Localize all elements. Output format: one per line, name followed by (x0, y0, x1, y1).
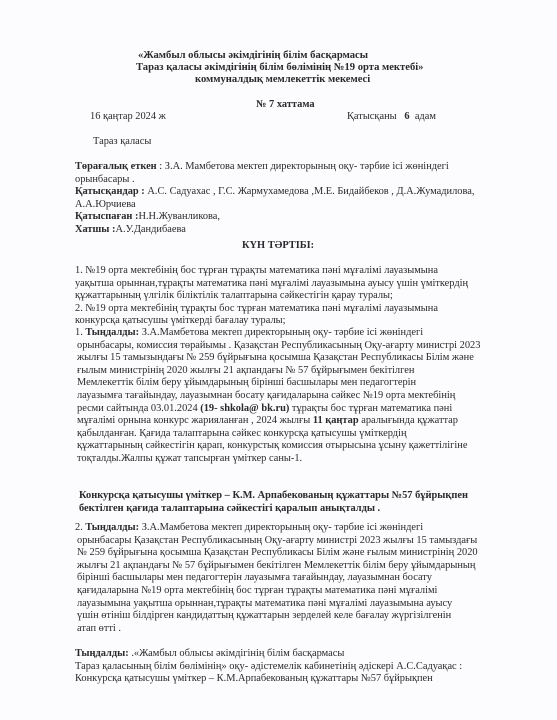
chair-line: Төрағалық еткен : З.А. Мамбетова мектеп … (75, 161, 505, 174)
section-2-text: З.А.Мамбетова мектеп директорының оқу- т… (139, 522, 423, 533)
section-2: 2. Тыңдалды: З.А.Мамбетова мектеп директ… (75, 522, 505, 635)
section-1-line: тоқталды.Жалпы құжат тапсырған үміткер с… (75, 453, 505, 466)
contest-line-text: мұғалімі орнына конкурс жарияланған , 20… (77, 415, 313, 426)
section-2-line: қағидаларына №19 орта мектебінің бос тұр… (75, 585, 505, 598)
absent-line: Қатыспаған :Н.Н.Жуванликова, (75, 211, 505, 224)
chair-text-cont: орынбасары . (75, 174, 505, 187)
agenda-list: 1. №19 орта мектебінің бос тұрған тұрақт… (75, 265, 505, 328)
attendees-text-cont: А.А.Юрчиева (75, 199, 505, 212)
agenda-item-1-line: уақытша орыннан,тұрақты математика пәні … (75, 278, 505, 291)
contest-date: 11 қаңтар (313, 415, 359, 426)
agenda-title: КҮН ТӘРТІБІ: (242, 240, 314, 253)
section-3-text: .«Жамбыл облысы әкімдігінің білім басқар… (129, 648, 345, 659)
section-1-line: жылғы 15 тамызындағы № 259 бұйрығына қос… (75, 352, 505, 365)
section-3: Тыңдалды: .«Жамбыл облысы әкімдігінің бі… (75, 648, 505, 686)
section-2-line: жылғы 21 ақпандағы № 57 бұйрығымен бекіт… (75, 560, 505, 573)
protocol-date: 16 қаңтар 2024 ж (90, 111, 166, 124)
secretary-line: Хатшы :А.У.Дандибаева (75, 224, 505, 237)
attendees-label: Қатысқандар : (75, 186, 145, 197)
section-3-line: Тараз қаласының білім бөлімінің» оқу- әд… (75, 661, 505, 674)
section-1-line: құжаттарының сәйкестігін қарап, конкурст… (75, 440, 505, 453)
header-org-line-2: Тараз қаласы әкімдігінің білім бөлімінің… (136, 62, 423, 75)
section-2-line: № 259 бұйрығына қосымша Қазақстан Респуб… (75, 547, 505, 560)
contest-line-text-post: аралығында құжаттар (359, 415, 458, 426)
section-1-text: З.А.Мамбетова мектеп директорының оқу- т… (139, 327, 423, 338)
section-2-line: үшін өтініш білдірген кандидаттың құжатт… (75, 610, 505, 623)
attendance: Қатысқаны 6 адам (347, 111, 436, 124)
school-site-email: (19- shkola@ bk.ru) (200, 403, 289, 414)
section-2-line: атап өтті . (75, 623, 505, 636)
site-line-text: ресми сайтында 03.01.2024 (77, 403, 200, 414)
section-1-contest-line: мұғалімі орнына конкурс жарияланған , 20… (75, 415, 505, 428)
site-line-text-post: тұрақты бос тұрған математика пәні (289, 403, 452, 414)
absent-label: Қатыспаған : (75, 211, 138, 222)
conclusion-1: Конкурсқа қатысушы үміткер – К.М. Арпабе… (79, 490, 509, 515)
agenda-item-2-line: 2. №19 орта мектебінің тұрақты бос тұрға… (75, 303, 505, 316)
attendance-count: 6 (404, 111, 409, 122)
conclusion-1-line: бектілген қағида талаптарына сәйкестігі … (79, 503, 509, 516)
secretary-text: А.У.Дандибаева (115, 224, 185, 235)
section-2-line: лауазымына уақытша орыннан,тұрақты матем… (75, 598, 505, 611)
absent-text: Н.Н.Жуванликова, (138, 211, 220, 222)
section-3-heard-label: Тыңдалды: (75, 648, 129, 659)
section-1-line: Мемлекеттік білім беру ұйымдарының бірін… (75, 377, 505, 390)
section-3-line: Конкурсқа қатысушы үміткер – К.М.Арпабек… (75, 673, 505, 686)
attendance-unit: адам (415, 111, 436, 122)
document-page: «Жамбыл облысы әкімдігінің білім басқарм… (0, 0, 557, 720)
section-1-number: 1. (75, 327, 85, 338)
section-1-site-line: ресми сайтында 03.01.2024 (19- shkola@ b… (75, 403, 505, 416)
section-1-line: ғылым министрінің 2020 жылғы 21 ақпандағ… (75, 365, 505, 378)
section-1-line: қабылданған. Қағида талаптарына сәйкес к… (75, 428, 505, 441)
conclusion-1-line: Конкурсқа қатысушы үміткер – К.М. Арпабе… (79, 490, 509, 503)
attendees-text: А.С. Садуахас , Г.С. Жармухамедова ,М.Е.… (145, 186, 475, 197)
header-org-line-3: коммуналдық мемлекеттік мекемесі (195, 74, 370, 87)
header-org-line-1: «Жамбыл облысы әкімдігінің білім басқарм… (138, 50, 368, 63)
section-1-heard-label: Тыңдалды: (85, 327, 139, 338)
city: Тараз қаласы (93, 136, 151, 149)
attendance-label: Қатысқаны (347, 111, 397, 122)
section-2-line: бірінші басшылары мен педагогтерін лауаз… (75, 572, 505, 585)
chair-label: Төрағалық еткен (75, 161, 157, 172)
section-3-first-line: Тыңдалды: .«Жамбыл облысы әкімдігінің бі… (75, 648, 505, 661)
section-2-number: 2. (75, 522, 85, 533)
section-1-first-line: 1. Тыңдалды: З.А.Мамбетова мектеп директ… (75, 327, 505, 340)
secretary-label: Хатшы : (75, 224, 115, 235)
participants-block: Төрағалық еткен : З.А. Мамбетова мектеп … (75, 161, 505, 237)
section-1: 1. Тыңдалды: З.А.Мамбетова мектеп директ… (75, 327, 505, 466)
section-2-line: орынбасары Қазақстан Республикасының Оқу… (75, 535, 505, 548)
agenda-item-1-line: 1. №19 орта мектебінің бос тұрған тұрақт… (75, 265, 505, 278)
chair-text: : З.А. Мамбетова мектеп директорының оқу… (157, 161, 449, 172)
section-2-first-line: 2. Тыңдалды: З.А.Мамбетова мектеп директ… (75, 522, 505, 535)
attendees-line: Қатысқандар : А.С. Садуахас , Г.С. Жарму… (75, 186, 505, 199)
agenda-item-1-line: құжаттарының үлгілік біліктілік талаптар… (75, 290, 505, 303)
protocol-title: № 7 хаттама (256, 99, 315, 112)
section-2-heard-label: Тыңдалды: (85, 522, 139, 533)
section-1-line: орынбасары, комиссия төрайымы . Қазақста… (75, 340, 505, 353)
section-1-line: лауазымға тағайындау, лауазымнан босату … (75, 390, 505, 403)
